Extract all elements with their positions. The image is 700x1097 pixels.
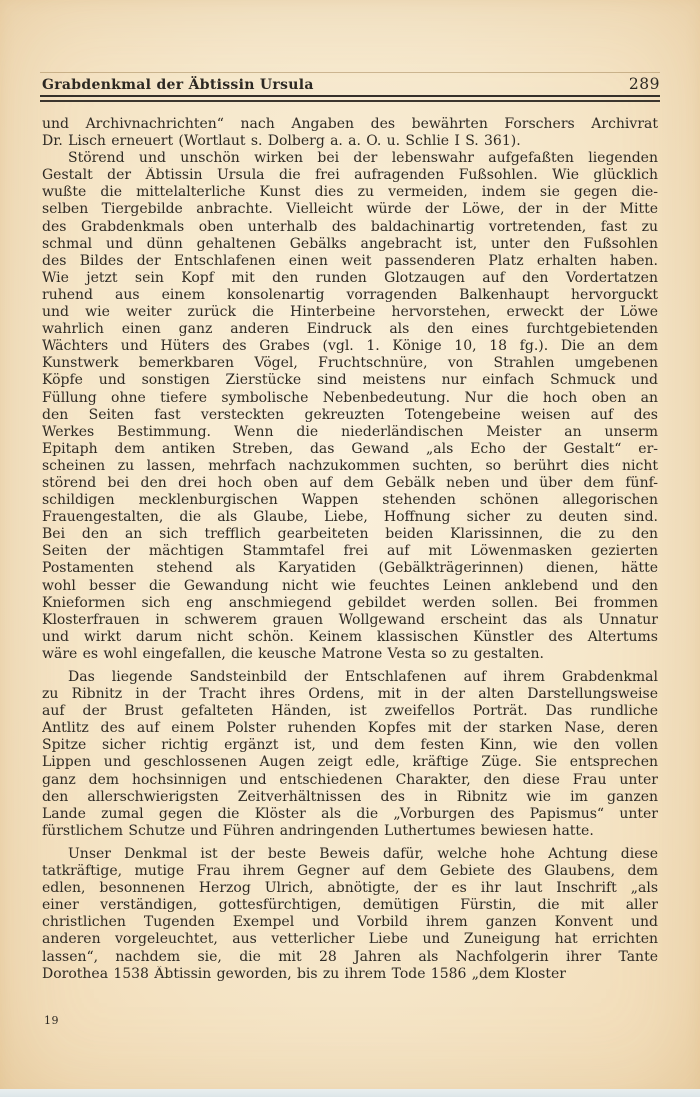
- text-line: lassen“, nachdem sie, die mit 28 Jahren …: [42, 949, 658, 966]
- running-header: Grabdenkmal der Äbtissin Ursula 289: [42, 75, 660, 93]
- text-line: Köpfe und sonstigen Zierstücke sind meis…: [42, 372, 658, 389]
- header-rule-faint-top: [40, 72, 660, 73]
- text-line: des Grabdenkmals oben unterhalb des bald…: [42, 219, 658, 236]
- text-line: störend bei den drei hoch oben auf dem G…: [42, 475, 658, 492]
- header-rule-lower: [40, 100, 660, 102]
- text-line: Postamenten stehend als Karyatiden (Gebä…: [42, 560, 658, 577]
- paragraph: Störend und unschön wirken bei der leben…: [42, 150, 658, 663]
- text-line: Wie jetzt sein Kopf mit den runden Glotz…: [42, 270, 658, 287]
- text-line: Antlitz des auf einem Polster ruhenden K…: [42, 720, 658, 737]
- text-line: Klosterfrauen in schwerem grauen Wollgew…: [42, 612, 658, 629]
- text-line: wußte die mittelalterliche Kunst dies zu…: [42, 184, 658, 201]
- header-page-number: 289: [629, 75, 660, 93]
- text-line: Epitaph dem antiken Streben, das Gewand …: [42, 441, 658, 458]
- text-line: Knieformen sich eng anschmiegend gebilde…: [42, 595, 658, 612]
- text-line: tatkräftige, mutige Frau ihrem Gegner au…: [42, 863, 658, 880]
- text-line: den allerschwierigsten Zeitverhältnissen…: [42, 789, 658, 806]
- text-line: Dr. Lisch erneuert (Wortlaut s. Dolberg …: [42, 133, 658, 150]
- header-rule-upper: [40, 95, 660, 97]
- text-line: Das liegende Sandsteinbild der Entschlaf…: [42, 669, 658, 686]
- text-line: schmal und dünn gehaltenen Gebälks angeb…: [42, 236, 658, 253]
- text-line: Unser Denkmal ist der beste Beweis dafür…: [42, 846, 658, 863]
- text-line: Spitze sicher richtig ergänzt ist, und d…: [42, 737, 658, 754]
- text-line: christlichen Tugenden Exempel und Vorbil…: [42, 914, 658, 931]
- body-text: und Archivnachrichten“ nach Angaben des …: [42, 116, 658, 983]
- header-title: Grabdenkmal der Äbtissin Ursula: [42, 77, 314, 93]
- signature-mark: 19: [44, 1014, 59, 1027]
- text-line: einer verständigen, gottesfürchtigen, de…: [42, 897, 658, 914]
- text-line: fürstlichem Schutze und Führen andringen…: [42, 823, 658, 840]
- paragraph: Unser Denkmal ist der beste Beweis dafür…: [42, 846, 658, 983]
- text-line: wohl besser die Gewandung nicht wie feuc…: [42, 578, 658, 595]
- text-line: den Seiten fast versteckten gekreuzten T…: [42, 407, 658, 424]
- text-line: wahrlich einen ganz anderen Eindruck als…: [42, 321, 658, 338]
- text-line: Störend und unschön wirken bei der leben…: [42, 150, 658, 167]
- paragraph: und Archivnachrichten“ nach Angaben des …: [42, 116, 658, 150]
- text-line: und wirkt darum nicht schön. Keinem klas…: [42, 629, 658, 646]
- paragraph: Das liegende Sandsteinbild der Entschlaf…: [42, 669, 658, 840]
- text-line: und wie weiter zurück die Hinterbeine he…: [42, 304, 658, 321]
- text-line: edlen, besonnenen Herzog Ulrich, abnötig…: [42, 880, 658, 897]
- text-line: Werkes Bestimmung. Wenn die niederländis…: [42, 424, 658, 441]
- text-line: scheinen zu lassen, mehrfach nachzukomme…: [42, 458, 658, 475]
- text-line: Kunstwerk bemerkbaren Vögel, Fruchtschnü…: [42, 355, 658, 372]
- text-line: Lippen und geschlossenen Augen zeigt edl…: [42, 754, 658, 771]
- text-line: Füllung ohne tiefere symbolische Nebenbe…: [42, 390, 658, 407]
- text-line: ganz dem hochsinnigen und entschiedenen …: [42, 772, 658, 789]
- text-line: Bei den an sich trefflich gearbeiteten b…: [42, 526, 658, 543]
- text-line: Lande zumal gegen die Klöster als die „V…: [42, 806, 658, 823]
- text-line: zu Ribnitz in der Tracht ihres Ordens, m…: [42, 686, 658, 703]
- text-line: Frauengestalten, die als Glaube, Liebe, …: [42, 509, 658, 526]
- text-line: auf der Brust gefalteten Händen, ist zwe…: [42, 703, 658, 720]
- text-line: und Archivnachrichten“ nach Angaben des …: [42, 116, 658, 133]
- scanned-page: Grabdenkmal der Äbtissin Ursula 289 und …: [0, 0, 700, 1097]
- text-line: des Bildes der Entschlafenen einen weit …: [42, 253, 658, 270]
- text-line: Wächters und Hüters des Grabes (vgl. 1. …: [42, 338, 658, 355]
- text-line: selben Tiergebilde anbrachte. Vielleicht…: [42, 201, 658, 218]
- scanner-edge-strip: [0, 1089, 700, 1097]
- text-line: ruhend aus einem konsolenartig vorragend…: [42, 287, 658, 304]
- text-line: Seiten der mächtigen Stammtafel frei auf…: [42, 543, 658, 560]
- text-line: wäre es wohl eingefallen, die keusche Ma…: [42, 646, 658, 663]
- text-line: anderen vorgeleuchtet, aus vetterlicher …: [42, 931, 658, 948]
- text-line: Dorothea 1538 Äbtissin geworden, bis zu …: [42, 966, 658, 983]
- text-line: Gestalt der Äbtissin Ursula die frei auf…: [42, 167, 658, 184]
- text-line: schildigen mecklenburgischen Wappen steh…: [42, 492, 658, 509]
